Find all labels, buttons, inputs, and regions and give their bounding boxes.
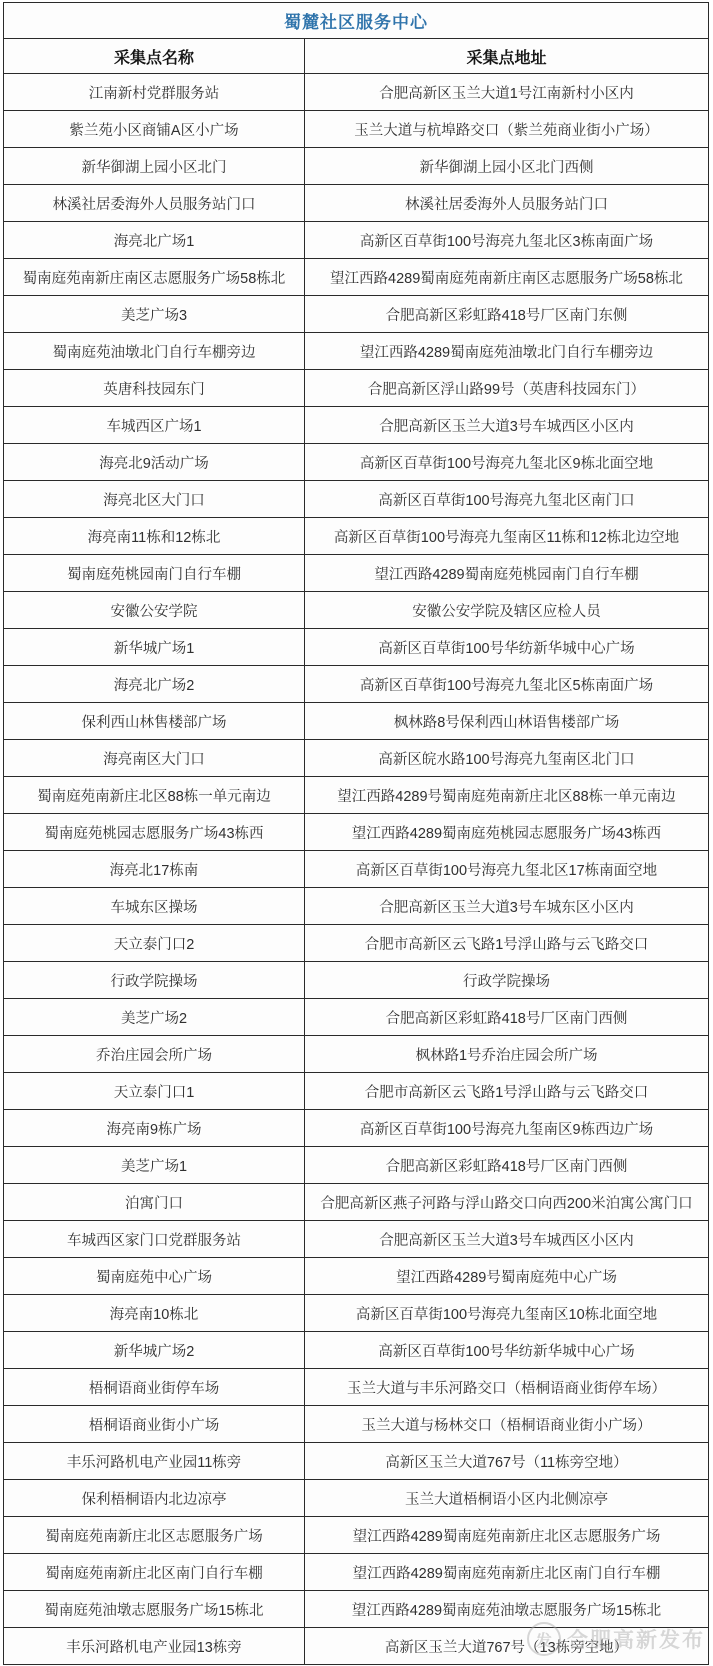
row-address-cell: 望江西路4289蜀南庭苑油墩北门自行车棚旁边: [305, 333, 708, 369]
row-name-cell: 新华城广场1: [4, 629, 305, 665]
row-name-cell: 林溪社居委海外人员服务站门口: [4, 185, 305, 221]
row-name-cell: 海亮北广场1: [4, 222, 305, 258]
row-name-cell: 梧桐语商业街停车场: [4, 1369, 305, 1405]
row-name-cell: 美芝广场1: [4, 1147, 305, 1183]
row-name-cell: 泊寓门口: [4, 1184, 305, 1220]
row-name-cell: 美芝广场2: [4, 999, 305, 1035]
row-address-cell: 望江西路4289号蜀南庭苑南新庄北区88栋一单元南边: [305, 777, 708, 813]
table-row: 海亮南10栋北 高新区百草街100号海亮九玺南区10栋北面空地: [4, 1295, 708, 1332]
row-name-cell: 车城东区操场: [4, 888, 305, 924]
row-address-cell: 合肥市高新区云飞路1号浮山路与云飞路交口: [305, 1073, 708, 1109]
row-name-cell: 安徽公安学院: [4, 592, 305, 628]
table-row: 蜀南庭苑桃园志愿服务广场43栋西 望江西路4289蜀南庭苑桃园志愿服务广场43栋…: [4, 814, 708, 851]
row-name-cell: 蜀南庭苑桃园志愿服务广场43栋西: [4, 814, 305, 850]
row-address-cell: 高新区百草街100号华纺新华城中心广场: [305, 1332, 708, 1368]
row-name-cell: 蜀南庭苑南新庄南区志愿服务广场58栋北: [4, 259, 305, 295]
table-row: 安徽公安学院 安徽公安学院及辖区应检人员: [4, 592, 708, 629]
table-row: 丰乐河路机电产业园13栋旁 高新区玉兰大道767号（13栋旁空地）: [4, 1628, 708, 1664]
table-row: 蜀南庭苑中心广场 望江西路4289号蜀南庭苑中心广场: [4, 1258, 708, 1295]
table-row: 林溪社居委海外人员服务站门口 林溪社居委海外人员服务站门口: [4, 185, 708, 222]
row-address-cell: 合肥高新区玉兰大道3号车城西区小区内: [305, 407, 708, 443]
table-row: 泊寓门口 合肥高新区燕子河路与浮山路交口向西200米泊寓公寓门口: [4, 1184, 708, 1221]
row-address-cell: 合肥高新区玉兰大道1号江南新村小区内: [305, 74, 708, 110]
row-name-cell: 海亮南10栋北: [4, 1295, 305, 1331]
table-row: 天立泰门口1 合肥市高新区云飞路1号浮山路与云飞路交口: [4, 1073, 708, 1110]
row-address-cell: 玉兰大道与杨林交口（梧桐语商业街小广场）: [305, 1406, 708, 1442]
row-name-cell: 海亮北广场2: [4, 666, 305, 702]
table-title: 蜀麓社区服务中心: [4, 3, 708, 39]
row-name-cell: 保利西山林售楼部广场: [4, 703, 305, 739]
row-address-cell: 高新区皖水路100号海亮九玺南区北门口: [305, 740, 708, 776]
row-name-cell: 蜀南庭苑南新庄北区88栋一单元南边: [4, 777, 305, 813]
row-name-cell: 蜀南庭苑油墩北门自行车棚旁边: [4, 333, 305, 369]
row-address-cell: 合肥高新区浮山路99号（英唐科技园东门）: [305, 370, 708, 406]
row-address-cell: 行政学院操场: [305, 962, 708, 998]
table-row: 蜀南庭苑油墩北门自行车棚旁边 望江西路4289蜀南庭苑油墩北门自行车棚旁边: [4, 333, 708, 370]
row-name-cell: 蜀南庭苑桃园南门自行车棚: [4, 555, 305, 591]
table-row: 美芝广场1 合肥高新区彩虹路418号厂区南门西侧: [4, 1147, 708, 1184]
table-row: 美芝广场2 合肥高新区彩虹路418号厂区南门西侧: [4, 999, 708, 1036]
row-name-cell: 保利梧桐语内北边凉亭: [4, 1480, 305, 1516]
row-address-cell: 合肥市高新区云飞路1号浮山路与云飞路交口: [305, 925, 708, 961]
column-header-address: 采集点地址: [305, 39, 708, 73]
row-address-cell: 望江西路4289蜀南庭苑油墩志愿服务广场15栋北: [305, 1591, 708, 1627]
table-row: 天立泰门口2 合肥市高新区云飞路1号浮山路与云飞路交口: [4, 925, 708, 962]
row-address-cell: 望江西路4289蜀南庭苑南新庄北区南门自行车棚: [305, 1554, 708, 1590]
row-address-cell: 高新区百草街100号海亮九玺南区9栋西边广场: [305, 1110, 708, 1146]
row-name-cell: 车城西区广场1: [4, 407, 305, 443]
table-row: 保利西山林售楼部广场 枫林路8号保利西山林语售楼部广场: [4, 703, 708, 740]
row-address-cell: 高新区百草街100号海亮九玺北区3栋南面广场: [305, 222, 708, 258]
row-address-cell: 高新区百草街100号海亮九玺南区11栋和12栋北边空地: [305, 518, 708, 554]
row-name-cell: 丰乐河路机电产业园13栋旁: [4, 1628, 305, 1664]
row-name-cell: 新华御湖上园小区北门: [4, 148, 305, 184]
row-name-cell: 丰乐河路机电产业园11栋旁: [4, 1443, 305, 1479]
row-address-cell: 合肥高新区玉兰大道3号车城西区小区内: [305, 1221, 708, 1257]
table-row: 梧桐语商业街停车场 玉兰大道与丰乐河路交口（梧桐语商业街停车场）: [4, 1369, 708, 1406]
row-address-cell: 合肥高新区玉兰大道3号车城东区小区内: [305, 888, 708, 924]
row-address-cell: 新华御湖上园小区北门西侧: [305, 148, 708, 184]
row-name-cell: 蜀南庭苑南新庄北区志愿服务广场: [4, 1517, 305, 1553]
row-address-cell: 玉兰大道梧桐语小区内北侧凉亭: [305, 1480, 708, 1516]
table-row: 海亮北广场2 高新区百草街100号海亮九玺北区5栋南面广场: [4, 666, 708, 703]
row-name-cell: 海亮北区大门口: [4, 481, 305, 517]
table-row: 蜀南庭苑油墩志愿服务广场15栋北 望江西路4289蜀南庭苑油墩志愿服务广场15栋…: [4, 1591, 708, 1628]
row-address-cell: 合肥高新区燕子河路与浮山路交口向西200米泊寓公寓门口: [305, 1184, 708, 1220]
row-name-cell: 海亮南11栋和12栋北: [4, 518, 305, 554]
row-address-cell: 高新区百草街100号海亮九玺北区5栋南面广场: [305, 666, 708, 702]
row-name-cell: 紫兰苑小区商铺A区小广场: [4, 111, 305, 147]
table-row: 蜀南庭苑南新庄南区志愿服务广场58栋北 望江西路4289蜀南庭苑南新庄南区志愿服…: [4, 259, 708, 296]
table-row: 海亮南11栋和12栋北 高新区百草街100号海亮九玺南区11栋和12栋北边空地: [4, 518, 708, 555]
row-name-cell: 乔治庄园会所广场: [4, 1036, 305, 1072]
table-row: 蜀南庭苑桃园南门自行车棚 望江西路4289蜀南庭苑桃园南门自行车棚: [4, 555, 708, 592]
table-row: 乔治庄园会所广场 枫林路1号乔治庄园会所广场: [4, 1036, 708, 1073]
row-name-cell: 美芝广场3: [4, 296, 305, 332]
table-header-row: 采集点名称 采集点地址: [4, 39, 708, 74]
row-address-cell: 合肥高新区彩虹路418号厂区南门东侧: [305, 296, 708, 332]
row-address-cell: 枫林路1号乔治庄园会所广场: [305, 1036, 708, 1072]
table-row: 海亮北广场1 高新区百草街100号海亮九玺北区3栋南面广场: [4, 222, 708, 259]
row-name-cell: 新华城广场2: [4, 1332, 305, 1368]
table-row: 车城西区广场1 合肥高新区玉兰大道3号车城西区小区内: [4, 407, 708, 444]
table-row: 新华御湖上园小区北门 新华御湖上园小区北门西侧: [4, 148, 708, 185]
row-address-cell: 高新区玉兰大道767号（13栋旁空地）: [305, 1628, 708, 1664]
row-address-cell: 高新区百草街100号海亮九玺北区9栋北面空地: [305, 444, 708, 480]
row-name-cell: 蜀南庭苑南新庄北区南门自行车棚: [4, 1554, 305, 1590]
row-name-cell: 蜀南庭苑油墩志愿服务广场15栋北: [4, 1591, 305, 1627]
table-row: 美芝广场3 合肥高新区彩虹路418号厂区南门东侧: [4, 296, 708, 333]
row-address-cell: 高新区百草街100号海亮九玺北区南门口: [305, 481, 708, 517]
row-address-cell: 高新区百草街100号华纺新华城中心广场: [305, 629, 708, 665]
table-row: 海亮北9活动广场 高新区百草街100号海亮九玺北区9栋北面空地: [4, 444, 708, 481]
row-name-cell: 海亮北17栋南: [4, 851, 305, 887]
table-row: 车城东区操场 合肥高新区玉兰大道3号车城东区小区内: [4, 888, 708, 925]
table-row: 新华城广场2 高新区百草街100号华纺新华城中心广场: [4, 1332, 708, 1369]
row-address-cell: 望江西路4289蜀南庭苑南新庄北区志愿服务广场: [305, 1517, 708, 1553]
table-row: 蜀南庭苑南新庄北区志愿服务广场 望江西路4289蜀南庭苑南新庄北区志愿服务广场: [4, 1517, 708, 1554]
table-row: 车城西区家门口党群服务站 合肥高新区玉兰大道3号车城西区小区内: [4, 1221, 708, 1258]
row-name-cell: 车城西区家门口党群服务站: [4, 1221, 305, 1257]
table-row: 蜀南庭苑南新庄北区南门自行车棚 望江西路4289蜀南庭苑南新庄北区南门自行车棚: [4, 1554, 708, 1591]
row-name-cell: 英唐科技园东门: [4, 370, 305, 406]
row-name-cell: 海亮北9活动广场: [4, 444, 305, 480]
row-address-cell: 高新区百草街100号海亮九玺南区10栋北面空地: [305, 1295, 708, 1331]
row-address-cell: 望江西路4289号蜀南庭苑中心广场: [305, 1258, 708, 1294]
table-row: 蜀南庭苑南新庄北区88栋一单元南边 望江西路4289号蜀南庭苑南新庄北区88栋一…: [4, 777, 708, 814]
row-address-cell: 望江西路4289蜀南庭苑南新庄南区志愿服务广场58栋北: [305, 259, 708, 295]
row-address-cell: 高新区玉兰大道767号（11栋旁空地）: [305, 1443, 708, 1479]
row-address-cell: 高新区百草街100号海亮九玺北区17栋南面空地: [305, 851, 708, 887]
collection-points-table: 蜀麓社区服务中心 采集点名称 采集点地址 江南新村党群服务站 合肥高新区玉兰大道…: [3, 2, 709, 1665]
table-row: 海亮南9栋广场 高新区百草街100号海亮九玺南区9栋西边广场: [4, 1110, 708, 1147]
table-row: 保利梧桐语内北边凉亭 玉兰大道梧桐语小区内北侧凉亭: [4, 1480, 708, 1517]
row-name-cell: 江南新村党群服务站: [4, 74, 305, 110]
row-name-cell: 行政学院操场: [4, 962, 305, 998]
row-name-cell: 梧桐语商业街小广场: [4, 1406, 305, 1442]
row-address-cell: 玉兰大道与丰乐河路交口（梧桐语商业街停车场）: [305, 1369, 708, 1405]
column-header-name: 采集点名称: [4, 39, 305, 73]
table-row: 新华城广场1 高新区百草街100号华纺新华城中心广场: [4, 629, 708, 666]
table-row: 海亮南区大门口 高新区皖水路100号海亮九玺南区北门口: [4, 740, 708, 777]
table-body: 江南新村党群服务站 合肥高新区玉兰大道1号江南新村小区内 紫兰苑小区商铺A区小广…: [4, 74, 708, 1664]
row-address-cell: 望江西路4289蜀南庭苑桃园志愿服务广场43栋西: [305, 814, 708, 850]
table-row: 海亮北17栋南 高新区百草街100号海亮九玺北区17栋南面空地: [4, 851, 708, 888]
table-row: 英唐科技园东门 合肥高新区浮山路99号（英唐科技园东门）: [4, 370, 708, 407]
table-row: 梧桐语商业街小广场 玉兰大道与杨林交口（梧桐语商业街小广场）: [4, 1406, 708, 1443]
row-address-cell: 林溪社居委海外人员服务站门口: [305, 185, 708, 221]
row-address-cell: 合肥高新区彩虹路418号厂区南门西侧: [305, 1147, 708, 1183]
row-address-cell: 安徽公安学院及辖区应检人员: [305, 592, 708, 628]
table-row: 紫兰苑小区商铺A区小广场 玉兰大道与杭埠路交口（紫兰苑商业街小广场）: [4, 111, 708, 148]
row-address-cell: 玉兰大道与杭埠路交口（紫兰苑商业街小广场）: [305, 111, 708, 147]
row-name-cell: 蜀南庭苑中心广场: [4, 1258, 305, 1294]
table-row: 海亮北区大门口 高新区百草街100号海亮九玺北区南门口: [4, 481, 708, 518]
row-address-cell: 合肥高新区彩虹路418号厂区南门西侧: [305, 999, 708, 1035]
table-row: 行政学院操场 行政学院操场: [4, 962, 708, 999]
row-address-cell: 枫林路8号保利西山林语售楼部广场: [305, 703, 708, 739]
row-name-cell: 天立泰门口2: [4, 925, 305, 961]
table-row: 丰乐河路机电产业园11栋旁 高新区玉兰大道767号（11栋旁空地）: [4, 1443, 708, 1480]
row-name-cell: 海亮南9栋广场: [4, 1110, 305, 1146]
row-address-cell: 望江西路4289蜀南庭苑桃园南门自行车棚: [305, 555, 708, 591]
table-row: 江南新村党群服务站 合肥高新区玉兰大道1号江南新村小区内: [4, 74, 708, 111]
row-name-cell: 天立泰门口1: [4, 1073, 305, 1109]
row-name-cell: 海亮南区大门口: [4, 740, 305, 776]
